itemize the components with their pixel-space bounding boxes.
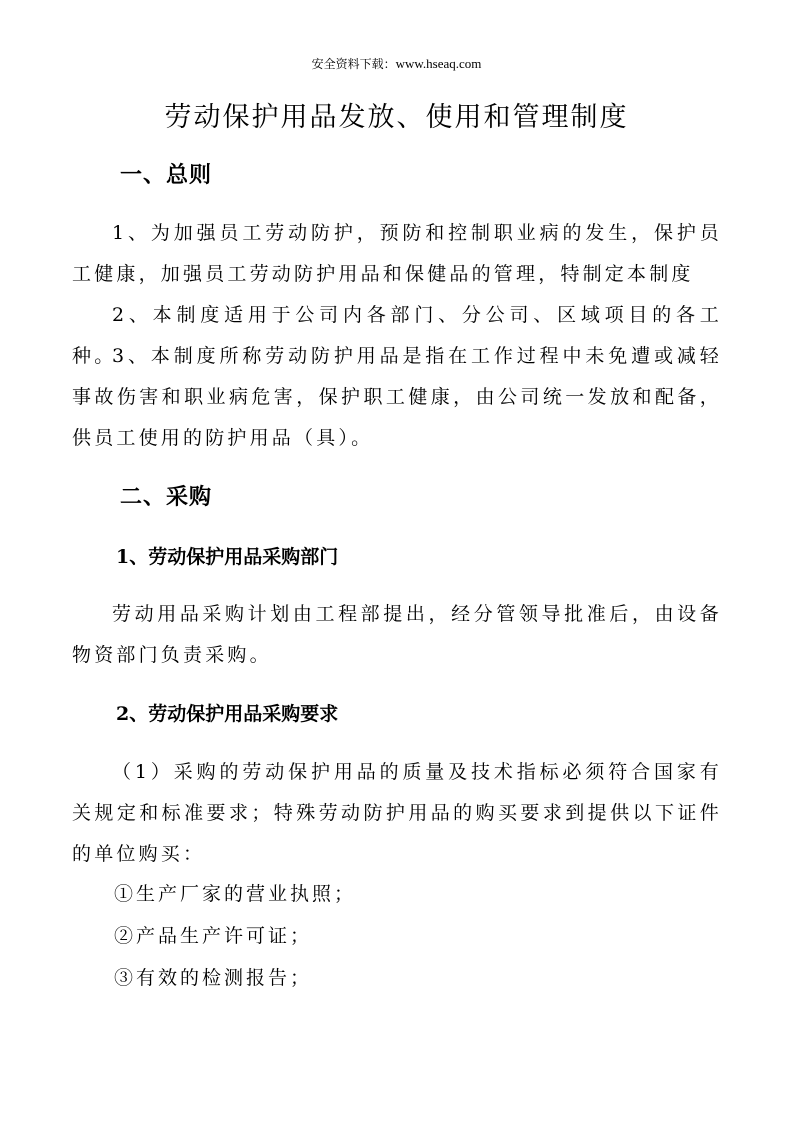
section-heading-procurement: 二、采购 [120,482,212,512]
subsection-heading-procurement-department: 1、劳动保护用品采购部门 [116,543,338,571]
document-title: 劳动保护用品发放、使用和管理制度 [0,98,793,138]
paragraph-procurement-requirements: （1）采购的劳动保护用品的质量及技术指标必须符合国家有关规定和标准要求；特殊劳动… [72,752,722,875]
list-item-production-permit: ②产品生产许可证； [114,922,312,950]
header-url[interactable]: www.hseaq.com [396,56,482,71]
paragraph-general-3: 3、本制度所称劳动防护用品是指在工作过程中未免遭或减轻事故伤害和职业病危害，保护… [72,336,722,459]
list-item-business-license: ①生产厂家的营业执照； [114,880,356,908]
header-label: 安全资料下载： [312,57,396,71]
section-heading-general: 一、总则 [120,160,212,190]
page-header: 安全资料下载：www.hseaq.com [0,56,793,72]
list-item-inspection-report: ③有效的检测报告； [114,964,312,992]
subsection-heading-procurement-requirements: 2、劳动保护用品采购要求 [116,700,338,728]
paragraph-procurement-department: 劳动用品采购计划由工程部提出，经分管领导批准后，由设备物资部门负责采购。 [72,594,722,676]
paragraph-general-1: 1、为加强员工劳动防护，预防和控制职业病的发生，保护员工健康，加强员工劳动防护用… [72,213,722,295]
